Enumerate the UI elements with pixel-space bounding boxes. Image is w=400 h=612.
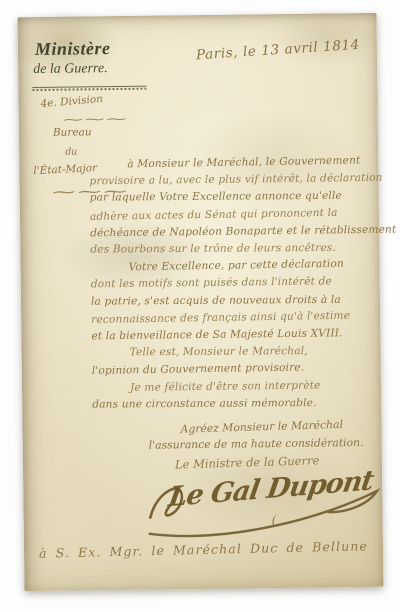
photo-background: Ministère de la Guerre. 4e. Division ~~~… [0,0,400,612]
letter-body: à Monsieur le Maréchal, le Gouvernement … [89,153,378,415]
pen-flourish: ~~~ [61,112,126,127]
signature-paraph-mark: ( [272,513,277,527]
body-line: dont les motifs sont puisés dans l'intér… [91,273,377,294]
date-line: Paris, le 13 avril 1814 [196,37,361,64]
letter-paper: Ministère de la Guerre. 4e. Division ~~~… [18,13,384,591]
closing-salutation: Agréez Monsieur le Maréchal [180,418,343,436]
paper-stain [267,7,388,68]
margin-note-etat-major: l'État-Major [33,162,97,177]
letterhead-subtitle: de la Guerre. [33,61,108,78]
letterhead-rule [32,86,146,91]
letterhead-title: Ministère [35,38,111,60]
body-line: dans une circonstance aussi mémorable. [92,394,378,413]
closing-assurance: l'assurance de ma haute considération. [149,436,364,452]
margin-note-division: 4e. Division [40,93,103,110]
margin-note-du: du [65,146,77,157]
margin-note-bureau: Bureau [53,126,92,138]
recipient-address-line: à S. Ex. Mgr. le Maréchal Duc de Bellune [39,538,368,560]
